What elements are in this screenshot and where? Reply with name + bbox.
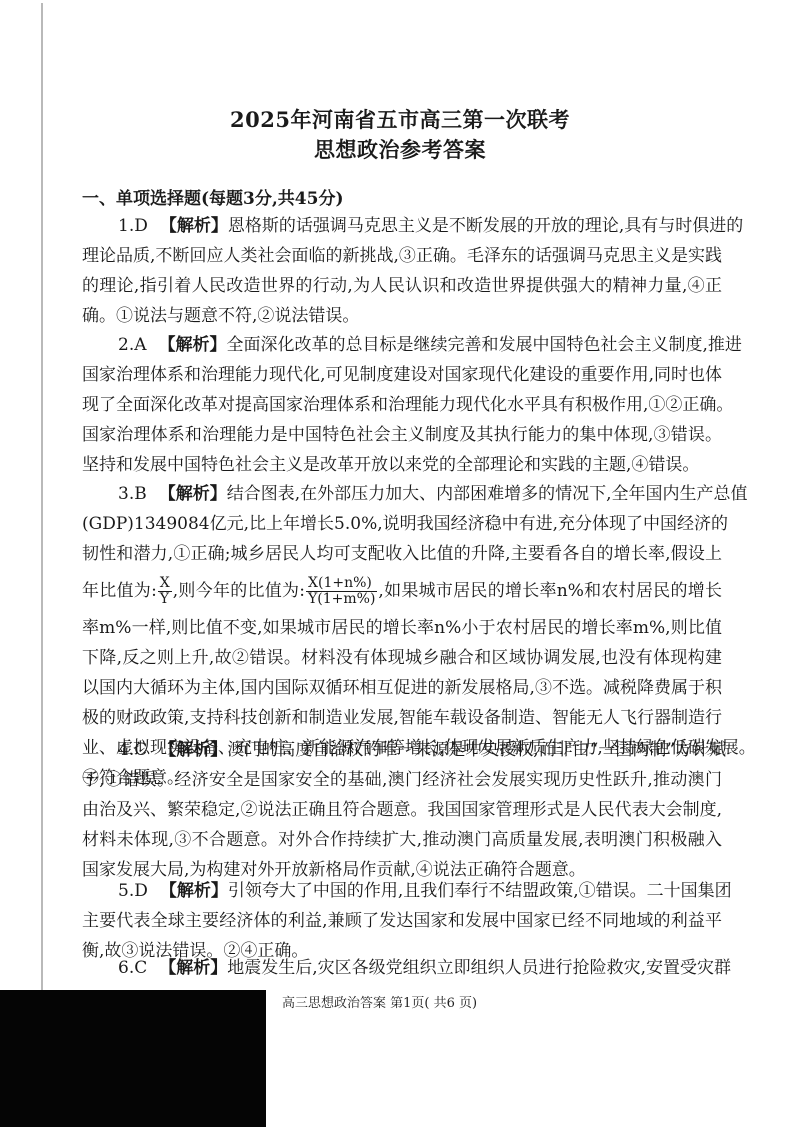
answer-q6: 6.C【解析】地震发生后,灾区各级党组织立即组织人员进行抢险救灾,安置受灾群 bbox=[82, 953, 722, 983]
analysis-tag: 【解析】 bbox=[160, 881, 228, 901]
answer-line: 韧性和潜力,①正确;城乡居民人均可支配收入比值的升降,主要看各自的增长率,假设上 bbox=[82, 539, 722, 569]
answer-text: 引领夸大了中国的作用,且我们奉行不结盟政策,①错误。二十国集团 bbox=[228, 881, 732, 901]
fraction-last-year: XY bbox=[158, 576, 172, 607]
question-number: 3.B bbox=[118, 484, 147, 504]
answer-line: 以国内大循环为主体,国内国际双循环相互促进的新发展格局,③不选。减税降费属于积 bbox=[82, 673, 722, 703]
analysis-tag: 【解析】 bbox=[159, 484, 227, 504]
answer-line: 主要代表全球主要经济体的利益,兼顾了发达国家和发展中国家已经不同地域的利益平 bbox=[82, 906, 722, 936]
analysis-tag: 【解析】 bbox=[159, 740, 227, 760]
answer-line: 的理论,指引着人民改造世界的行动,为人民认识和改造世界提供强大的精神力量,④正 bbox=[82, 271, 722, 301]
analysis-tag: 【解析】 bbox=[160, 216, 228, 236]
answer-line: 2.A【解析】全面深化改革的总目标是继续完善和发展中国特色社会主义制度,推进 bbox=[82, 330, 722, 360]
analysis-tag: 【解析】 bbox=[159, 335, 227, 355]
document-title: 2025年河南省五市高三第一次联考 bbox=[0, 104, 800, 134]
answer-line: 1.D【解析】恩格斯的话强调马克思主义是不断发展的开放的理论,具有与时俱进的 bbox=[82, 211, 722, 241]
answer-text: 澳门的高度自治权的唯一来源是中央授权,而非由“一国两制”方针赋 bbox=[227, 740, 726, 760]
question-number: 5.D bbox=[118, 881, 148, 901]
answer-text: 年比值为: bbox=[82, 581, 157, 601]
answer-text: 结合图表,在外部压力加大、内部困难增多的情况下,全年国内生产总值 bbox=[227, 484, 748, 504]
answer-q4: 4.C【解析】澳门的高度自治权的唯一来源是中央授权,而非由“一国两制”方针赋 予… bbox=[82, 735, 722, 885]
page-footer: 高三思想政治答案 第1页( 共6 页) bbox=[282, 992, 477, 1011]
fraction-numerator: X(1+n%) bbox=[306, 576, 377, 592]
answer-q2: 2.A【解析】全面深化改革的总目标是继续完善和发展中国特色社会主义制度,推进 国… bbox=[82, 330, 722, 480]
answer-text: ,如果城市居民的增长率n%和农村居民的增长 bbox=[378, 581, 722, 601]
section-heading: 一、单项选择题(每题3分,共45分) bbox=[82, 184, 344, 209]
fraction-numerator: X bbox=[158, 576, 172, 592]
answer-line: (GDP)1349084亿元,比上年增长5.0%,说明我国经济稳中有进,充分体现… bbox=[82, 509, 722, 539]
answer-line: 确。①说法与题意不符,②说法错误。 bbox=[82, 301, 722, 331]
answer-text: 全面深化改革的总目标是继续完善和发展中国特色社会主义制度,推进 bbox=[227, 335, 742, 355]
fraction-denominator: Y bbox=[158, 592, 172, 607]
fraction-this-year: X(1+n%)Y(1+m%) bbox=[306, 576, 377, 607]
answer-line: 3.B【解析】结合图表,在外部压力加大、内部困难增多的情况下,全年国内生产总值 bbox=[82, 479, 722, 509]
answer-text: 恩格斯的话强调马克思主义是不断发展的开放的理论,具有与时俱进的 bbox=[228, 216, 743, 236]
analysis-tag: 【解析】 bbox=[159, 958, 227, 978]
answer-line: 极的财政政策,支持科技创新和制造业发展,智能车载设备制造、智能无人飞行器制造行 bbox=[82, 703, 722, 733]
answer-line: 理论品质,不断回应人类社会面临的新挑战,③正确。毛泽东的话强调马克思主义是实践 bbox=[82, 241, 722, 271]
question-number: 2.A bbox=[118, 335, 147, 355]
redaction-block bbox=[0, 990, 266, 1127]
answer-line: 坚持和发展中国特色社会主义是改革开放以来党的全部理论和实践的主题,④错误。 bbox=[82, 450, 722, 480]
answer-line: 6.C【解析】地震发生后,灾区各级党组织立即组织人员进行抢险救灾,安置受灾群 bbox=[82, 953, 722, 983]
answer-q1: 1.D【解析】恩格斯的话强调马克思主义是不断发展的开放的理论,具有与时俱进的 理… bbox=[82, 211, 722, 331]
answer-line: 由治及兴、繁荣稳定,②说法正确且符合题意。我国国家管理形式是人民代表大会制度, bbox=[82, 795, 722, 825]
answer-text: ,则今年的比值为: bbox=[173, 581, 305, 601]
document-subtitle: 思想政治参考答案 bbox=[0, 134, 800, 164]
answer-line: 4.C【解析】澳门的高度自治权的唯一来源是中央授权,而非由“一国两制”方针赋 bbox=[82, 735, 722, 765]
question-number: 4.C bbox=[118, 740, 147, 760]
answer-line: 国家治理体系和治理能力是中国特色社会主义制度及其执行能力的集中体现,③错误。 bbox=[82, 420, 722, 450]
formula-line: 年比值为:XY,则今年的比值为:X(1+n%)Y(1+m%),如果城市居民的增长… bbox=[82, 569, 722, 613]
question-number: 1.D bbox=[118, 216, 148, 236]
fraction-denominator: Y(1+m%) bbox=[306, 592, 377, 607]
answer-line: 现了全面深化改革对提高国家治理体系和治理能力现代化水平具有积极作用,①②正确。 bbox=[82, 390, 722, 420]
answer-line: 率m%一样,则比值不变,如果城市居民的增长率n%小于农村居民的增长率m%,则比值 bbox=[82, 613, 722, 643]
answer-line: 予,①错误。经济安全是国家安全的基础,澳门经济社会发展实现历史性跃升,推动澳门 bbox=[82, 765, 722, 795]
answer-line: 下降,反之则上升,故②错误。材料没有体现城乡融合和区域协调发展,也没有体现构建 bbox=[82, 643, 722, 673]
answer-line: 国家治理体系和治理能力现代化,可见制度建设对国家现代化建设的重要作用,同时也体 bbox=[82, 360, 722, 390]
answer-text: 地震发生后,灾区各级党组织立即组织人员进行抢险救灾,安置受灾群 bbox=[227, 958, 731, 978]
question-number: 6.C bbox=[118, 958, 147, 978]
answer-line: 材料未体现,③不合题意。对外合作持续扩大,推动澳门高质量发展,表明澳门积极融入 bbox=[82, 825, 722, 855]
answer-line: 5.D【解析】引领夸大了中国的作用,且我们奉行不结盟政策,①错误。二十国集团 bbox=[82, 876, 722, 906]
